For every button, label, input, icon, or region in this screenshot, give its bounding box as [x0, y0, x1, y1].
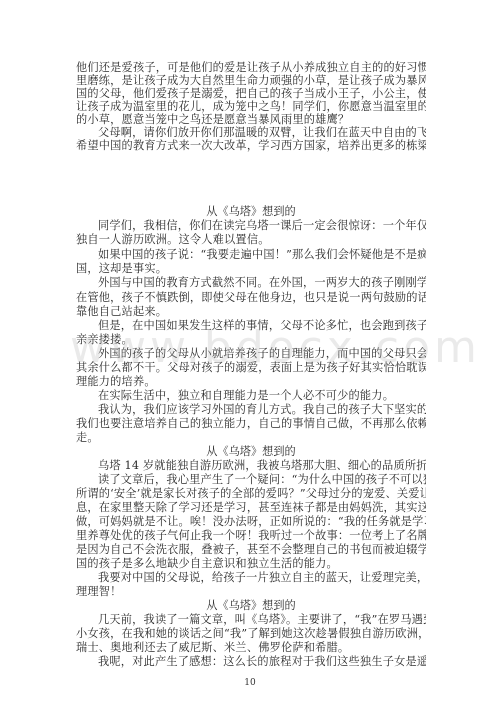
- paragraph-line: 国，这却是事实。: [76, 262, 426, 276]
- paragraph-line: 独自一人游历欧洲。这令人难以置信。: [76, 233, 426, 247]
- paragraph-line: 但是，在中国如果发生这样的事情，父母不论多忙，也会跑到孩子身边，抱起孩子，: [76, 319, 426, 333]
- paragraph-line: 希望中国的教育方式来一次大改革，学习西方国家，培养出更多的栋梁之才！: [76, 139, 426, 153]
- document-page: 他们还是爱孩子，可是他们的爱是让孩子从小养成独立自主的的好习惯，是让孩子到社会 …: [0, 0, 500, 708]
- paragraph-line: 亲亲搂搂。: [76, 333, 426, 347]
- paragraph-line: 靠他自己站起来。: [76, 305, 426, 319]
- paragraph-line: 我们也要注意培养自己的独立能力，自己的事情自己做，不再那么依赖父母。路，要自己: [76, 417, 426, 431]
- paragraph-line: 他们还是爱孩子，可是他们的爱是让孩子从小养成独立自主的的好习惯，是让孩子到社会: [76, 61, 426, 75]
- paragraph-line: 里磨练，是让孩子成为大自然里生命力顽强的小草，是让孩子成为暴风雨里的雄鹰！而中: [76, 74, 426, 88]
- section-title: 从《乌塔》想到的: [76, 599, 426, 613]
- paragraph-line: 瑞士、奥地利还去了威尼斯、米兰、佛罗伦萨和希腊。: [76, 641, 426, 655]
- paragraph-line: 里养尊处优的孩子气何止我一个呀！我听过一个故事：一位考上了名牌大学的大学生，只: [76, 529, 426, 543]
- paragraph-line: 国的父母，他们爱孩子是溺爱，把自己的孩子当成小王子，小公主，使孩子养成依赖思想，: [76, 87, 426, 101]
- paragraph-line: 读了文章后，我心里产生了一个疑问：“为什么中国的孩子不可以独自生活呢？难道: [76, 473, 426, 487]
- paragraph-line: 小女孩，在我和她的谈话之间“我”了解到她这次趁暑假独自游历欧洲，已经去了法国、: [76, 627, 426, 641]
- paragraph-line: 我要对中国的父母说，给孩子一片独立自主的蓝天，让爱理完美，让爱理充实，让爱: [76, 571, 426, 585]
- paragraph-line: 息，在家里整天除了学习还是学习，甚至连袜子都是由妈妈洗，其实这些小事我自己也能: [76, 501, 426, 515]
- section-title: 从《乌塔》想到的: [76, 445, 426, 459]
- paragraph-line: 理理智！: [76, 585, 426, 599]
- paragraph-line: 我认为，我们应该学习外国的育儿方式。我自己的孩子大下坚实的基础。作为小学生，: [76, 403, 426, 417]
- paragraph-line: 外国的孩子的父母从小就培养孩子的自理能力，而中国的父母只会让孩子把学习抓好，: [76, 347, 426, 361]
- paragraph-line: 所谓的‘安全’就是家长对孩子的全部的爱吗？”父母过分的宠爱、关爱让我们感到了窒: [76, 487, 426, 501]
- paragraph-line: 几天前，我读了一篇文章，叫《乌塔》。主要讲了，“我”在罗马遇到一个 14 岁的德…: [76, 613, 426, 627]
- paragraph-line: 理能力的培养。: [76, 375, 426, 389]
- paragraph-line: 在管他，孩子不慎跌倒，即使父母在他身边，也只是说一两句鼓励的话而已，最终还是要: [76, 291, 426, 305]
- paragraph-line: 外国与中国的教育方式截然不同。在外国，一两岁大的孩子刚刚学会走路，父母便不: [76, 276, 426, 290]
- paragraph-line: 在实际生活中，独立和自理能力是一个人必不可少的能力。: [76, 389, 426, 403]
- paragraph-line: 我呢，对此产生了感想：这么长的旅程对于我们这些独生子女是遥不可及的，我们这: [76, 655, 426, 669]
- paragraph-line: 父母啊，请你们放开你们那温暖的双臂，让我们在蓝天中自由的飞翔在此，我呼吁：: [76, 126, 426, 140]
- paragraph-line: 让孩子成为温室里的花儿，成为笼中之鸟！同学们，你愿意当温室里的花儿还是大自然里: [76, 100, 426, 114]
- paragraph-line: 走。: [76, 431, 426, 445]
- paragraph-line: 同学们，我相信，你们在读完乌塔一课后一定会很惊讶：一个年仅 14 岁的孩子，竟然: [76, 219, 426, 233]
- paragraph-line: 乌塔 14 岁就能独自游历欧洲，我被乌塔那大胆、细心的品质所折服了。: [76, 459, 426, 473]
- paragraph-line: 是因为自己不会洗衣服，叠被子，甚至不会整理自己的书包而被迫辍学了，由此可见，中: [76, 543, 426, 557]
- paragraph-line: 国的孩子是多么地缺少自主意识和独立生活的能力。: [76, 557, 426, 571]
- paragraph-line: 其余什么都不干。父母对孩子的溺爱，表面上是为孩子好其实恰恰耽误了对孩子独立和自: [76, 361, 426, 375]
- page-number: 10: [0, 678, 500, 688]
- paragraph-line: 的小草，愿意当笼中之鸟还是愿意当暴风雨里的雄鹰？: [76, 113, 426, 127]
- paragraph-line: 如果中国的孩子说：“我要走遍中国！”那么我们会怀疑他是不是疯了。然而，在外: [76, 248, 426, 262]
- paragraph-line: 做，可妈妈就是不让。唉！没办法呀，正如所说的：“我的任务就是学习。”在中国，在家: [76, 515, 426, 529]
- section-title: 从《乌塔》想到的: [76, 205, 426, 219]
